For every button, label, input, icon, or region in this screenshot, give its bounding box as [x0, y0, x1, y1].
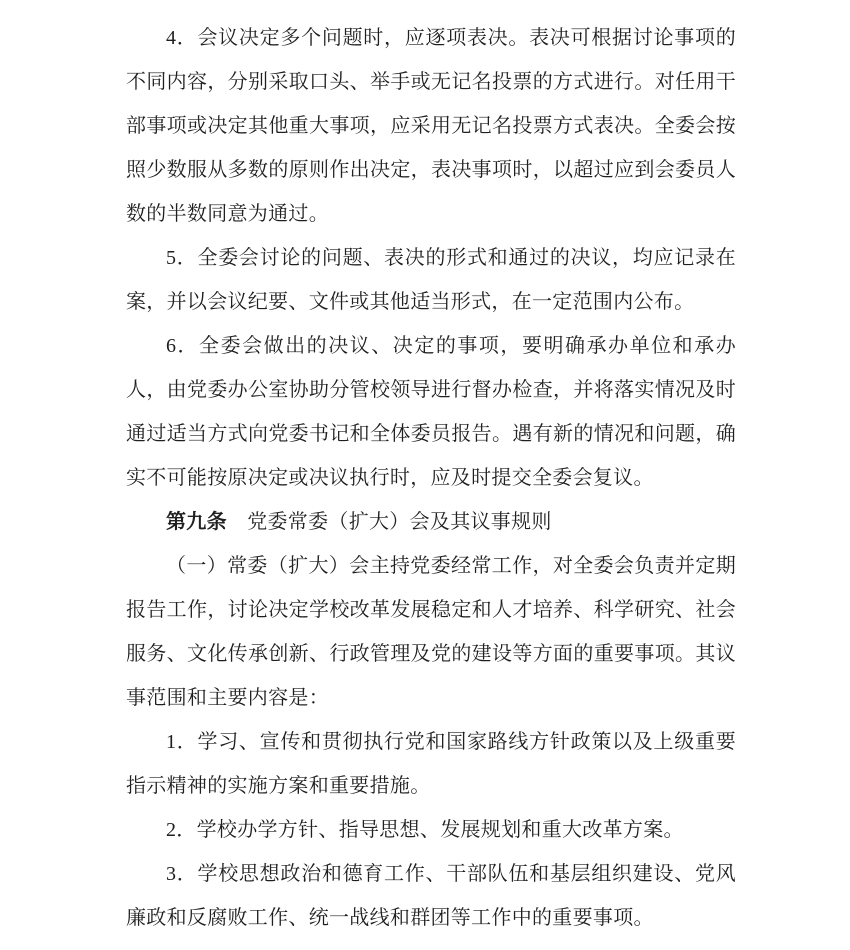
sub-item-1: 1．学习、宣传和贯彻执行党和国家路线方针政策以及上级重要指示精神的实施方案和重要…	[126, 720, 736, 808]
article-title: 党委常委（扩大）会及其议事规则	[227, 511, 552, 533]
numbered-item-5: 5．全委会讨论的问题、表决的形式和通过的决议，均应记录在案，并以会议纪要、文件或…	[126, 236, 736, 324]
document-content: 4．会议决定多个问题时，应逐项表决。表决可根据讨论事项的不同内容，分别采取口头、…	[126, 16, 736, 940]
sub-item-3: 3．学校思想政治和德育工作、干部队伍和基层组织建设、党风廉政和反腐败工作、统一战…	[126, 852, 736, 940]
document-page: 4．会议决定多个问题时，应逐项表决。表决可根据讨论事项的不同内容，分别采取口头、…	[0, 0, 850, 950]
section-item-1: （一）常委（扩大）会主持党委经常工作，对全委会负责并定期报告工作，讨论决定学校改…	[126, 544, 736, 720]
sub-item-2: 2．学校办学方针、指导思想、发展规划和重大改革方案。	[126, 808, 736, 852]
article-9-heading: 第九条 党委常委（扩大）会及其议事规则	[126, 500, 736, 544]
article-number: 第九条	[166, 511, 227, 533]
numbered-item-6: 6．全委会做出的决议、决定的事项，要明确承办单位和承办人，由党委办公室协助分管校…	[126, 324, 736, 500]
numbered-item-4: 4．会议决定多个问题时，应逐项表决。表决可根据讨论事项的不同内容，分别采取口头、…	[126, 16, 736, 236]
